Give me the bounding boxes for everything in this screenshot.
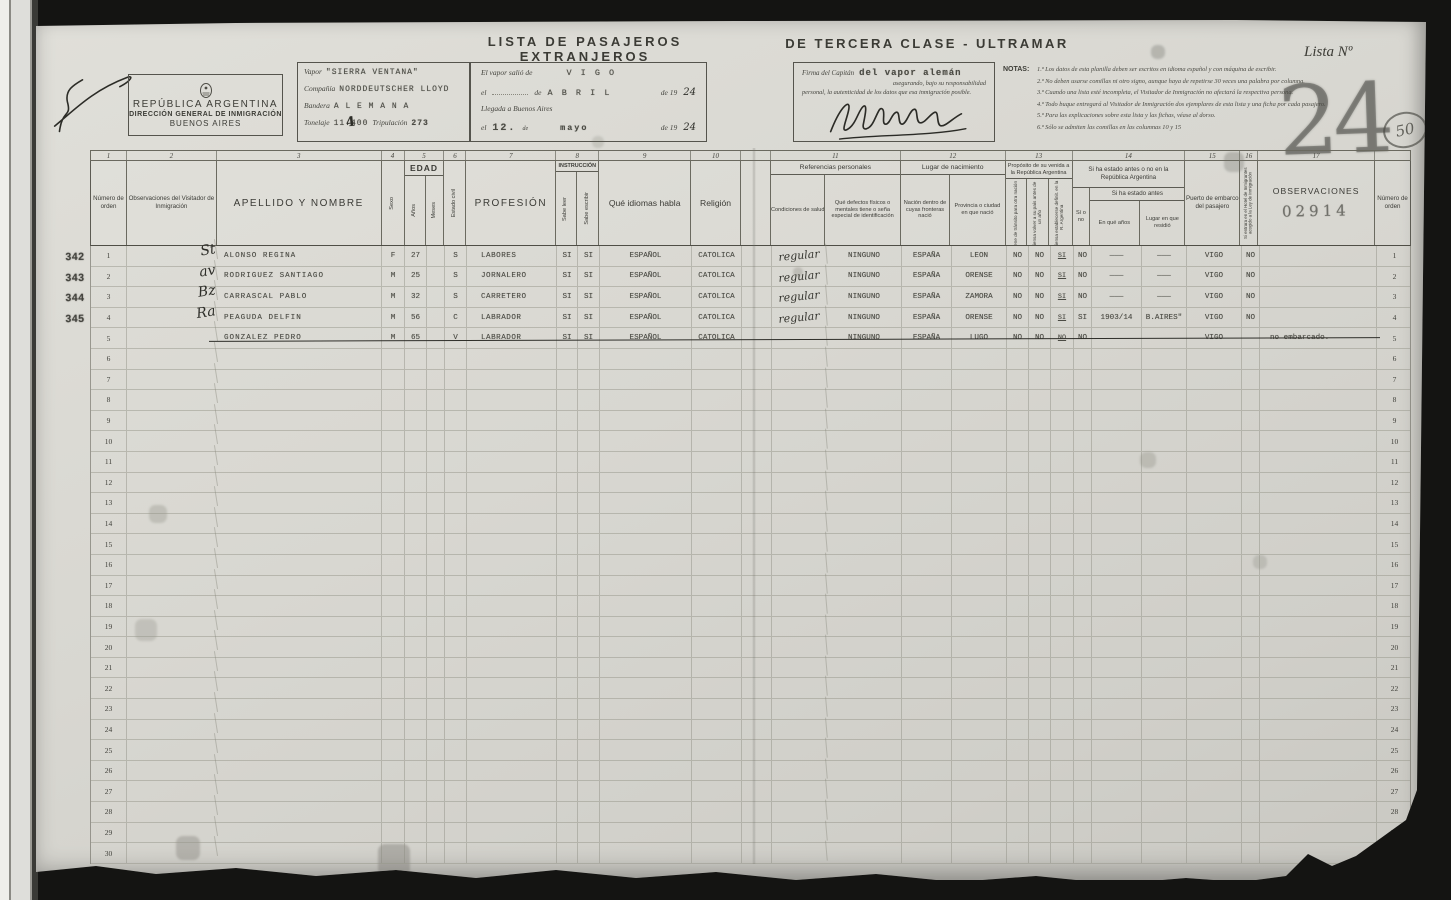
cell-hotel: [1242, 576, 1260, 596]
cell-anos: [405, 411, 427, 431]
col-number: 4: [382, 151, 405, 160]
cell-p13c: [1051, 678, 1074, 698]
cell-anos-antes: [1092, 576, 1142, 596]
cell-anos-antes: ———: [1092, 246, 1142, 266]
cell-escribe: [578, 431, 600, 451]
cell-orden-r: 27: [1377, 781, 1412, 801]
cell-escribe: [578, 452, 600, 472]
cell-sexo: [382, 678, 405, 698]
cell-lee: [557, 843, 578, 863]
cell-meses: [427, 678, 445, 698]
cell-nacion: [902, 514, 952, 534]
cell-anos: 32: [405, 287, 427, 307]
cell-anos-antes: [1092, 349, 1142, 369]
cell-provincia: [952, 720, 1007, 740]
cell-puerto: [1187, 473, 1242, 493]
cell-nacion: [902, 740, 952, 760]
cell-lugar-antes: [1142, 802, 1187, 822]
cell-crease: [742, 637, 772, 657]
cell-name: [217, 678, 382, 698]
cell-p13a: [1007, 802, 1029, 822]
cell-name: [217, 740, 382, 760]
bandera-label: Bandera: [304, 101, 330, 110]
cell-p13c: [1051, 349, 1074, 369]
cell-estado: [445, 802, 467, 822]
departure-port: V I G O: [566, 68, 616, 78]
cell-p13b: [1029, 740, 1051, 760]
cell-p13b: [1029, 555, 1051, 575]
cell-puerto: [1187, 843, 1242, 863]
header-establecerse: Si piensa establecerse definit. en la R.…: [1049, 179, 1072, 245]
cell-idiomas: [600, 431, 692, 451]
cell-p13a: [1007, 493, 1029, 513]
cell-anos: [405, 781, 427, 801]
cell-lee: [557, 720, 578, 740]
cell-meses: [427, 349, 445, 369]
cell-name: [217, 514, 382, 534]
cell-p13c: [1051, 452, 1074, 472]
cell-hotel: [1242, 534, 1260, 554]
llegada-label: Llegada a Buenos Aires: [481, 104, 552, 113]
col-number: 15: [1185, 151, 1240, 160]
cell-name: [217, 781, 382, 801]
cell-religion: [692, 514, 742, 534]
cell-hotel: [1242, 390, 1260, 410]
cell-orden-r: 8: [1377, 390, 1412, 410]
cell-sino: SI: [1074, 308, 1092, 328]
cell-defectos: [827, 637, 902, 657]
cell-sexo: [382, 637, 405, 657]
cell-idiomas: [600, 720, 692, 740]
cell-escribe: [578, 596, 600, 616]
cell-name: [217, 555, 382, 575]
cell-anos-antes: [1092, 390, 1142, 410]
cell-meses: [427, 617, 445, 637]
cell-orden-r: 24: [1377, 720, 1412, 740]
cell-orden-r: 18: [1377, 596, 1412, 616]
cell-sexo: M: [382, 308, 405, 328]
cell-p13b: [1029, 514, 1051, 534]
cell-p13c: SI: [1051, 287, 1074, 307]
tonelaje-label: Tonelaje: [304, 118, 330, 127]
table-row: 2424: [91, 720, 1410, 741]
table-row: 1313: [91, 493, 1410, 514]
year-prefix: de 19: [661, 88, 677, 97]
cell-anos: [405, 802, 427, 822]
cell-lugar-antes: [1142, 493, 1187, 513]
cell-idiomas: [600, 617, 692, 637]
cell-idiomas: [600, 678, 692, 698]
cell-p13c: [1051, 431, 1074, 451]
cell-anos-antes: 1903/14: [1092, 308, 1142, 328]
cell-anos-antes: [1092, 761, 1142, 781]
cell-obs: [1260, 514, 1377, 534]
cell-crease: [742, 390, 772, 410]
cell-estado: [445, 761, 467, 781]
cell-meses: [427, 431, 445, 451]
cell-orden: 21: [91, 658, 127, 678]
cell-profesion: [467, 637, 557, 657]
cell-obs: [1260, 287, 1377, 307]
cell-anos-antes: [1092, 843, 1142, 863]
cell-lee: SI: [557, 246, 578, 266]
cell-anos-antes: [1092, 328, 1142, 348]
cell-idiomas: [600, 555, 692, 575]
cell-anos-antes: [1092, 596, 1142, 616]
cell-hotel: NO: [1242, 246, 1260, 266]
cell-orden: 20: [91, 637, 127, 657]
table-row: 5GONZALEZ PEDROM65VLABRADORSISIESPAÑOLCA…: [91, 328, 1410, 349]
cell-sexo: [382, 370, 405, 390]
table-row: 1StALONSO REGINAF27SLABORESSISIESPAÑOLCA…: [91, 246, 1410, 267]
cell-lugar-antes: [1142, 411, 1187, 431]
header-lugar-nacimiento-group: Lugar de nacimiento Nación dentro de cuy…: [901, 161, 1006, 245]
cell-sino: [1074, 843, 1092, 863]
cell-lee: [557, 658, 578, 678]
header-apellido-nombre: APELLIDO Y NOMBRE: [217, 161, 382, 245]
cell-idiomas: [600, 802, 692, 822]
cell-religion: [692, 411, 742, 431]
cell-idiomas: [600, 390, 692, 410]
table-row: 1515: [91, 534, 1410, 555]
cell-crease: [742, 514, 772, 534]
cell-nacion: [902, 411, 952, 431]
cell-sexo: M: [382, 267, 405, 287]
cell-sexo: M: [382, 328, 405, 348]
cell-lugar-antes: [1142, 328, 1187, 348]
cell-profesion: [467, 555, 557, 575]
cell-orden: 26: [91, 761, 127, 781]
cell-crease: [742, 267, 772, 287]
col-number: 17: [1258, 151, 1375, 160]
cell-orden: 1: [91, 246, 127, 266]
cell-hotel: [1242, 431, 1260, 451]
cell-hotel: NO: [1242, 267, 1260, 287]
cell-orden: 8: [91, 390, 127, 410]
cell-meses: [427, 596, 445, 616]
cell-idiomas: [600, 473, 692, 493]
cell-lee: [557, 493, 578, 513]
cell-anos-antes: [1092, 370, 1142, 390]
cell-name: [217, 493, 382, 513]
cell-estado: [445, 843, 467, 863]
cell-p13b: [1029, 452, 1051, 472]
cell-provincia: ZAMORA: [952, 287, 1007, 307]
cell-puerto: [1187, 411, 1242, 431]
cell-lee: SI: [557, 287, 578, 307]
cell-name: GONZALEZ PEDRO: [217, 328, 382, 348]
cell-name: [217, 720, 382, 740]
cell-anos: [405, 390, 427, 410]
cell-religion: CATOLICA: [692, 308, 742, 328]
cell-hotel: [1242, 473, 1260, 493]
cell-lugar-antes: [1142, 596, 1187, 616]
observaciones-stamp-number: 02914: [1282, 201, 1350, 220]
cell-puerto: [1187, 761, 1242, 781]
cell-salud: [771, 841, 827, 865]
cell-nacion: [902, 390, 952, 410]
cell-hotel: [1242, 781, 1260, 801]
cell-p13a: [1007, 617, 1029, 637]
cell-religion: [692, 576, 742, 596]
cell-nacion: ESPAÑA: [902, 246, 952, 266]
cell-obs: [1260, 699, 1377, 719]
cell-lugar-antes: [1142, 781, 1187, 801]
cell-nacion: [902, 596, 952, 616]
cell-anos: [405, 493, 427, 513]
cell-estado: [445, 390, 467, 410]
cell-puerto: [1187, 534, 1242, 554]
cell-name: [217, 390, 382, 410]
cell-orden-r: 22: [1377, 678, 1412, 698]
cell-defectos: [827, 493, 902, 513]
cell-estado: [445, 823, 467, 843]
cell-orden: 10: [91, 431, 127, 451]
header-edad-group: EDAD Años Meses: [405, 161, 445, 245]
cell-anos-antes: ———: [1092, 287, 1142, 307]
cell-estado: [445, 699, 467, 719]
cell-anos-antes: [1092, 699, 1142, 719]
cell-orden-r: 21: [1377, 658, 1412, 678]
cell-p13a: [1007, 390, 1029, 410]
cell-obs: [1260, 617, 1377, 637]
cell-hotel: [1242, 699, 1260, 719]
cell-orden: 24: [91, 720, 127, 740]
cell-estado: [445, 493, 467, 513]
col-number: 16: [1240, 151, 1258, 160]
cell-obs: [1260, 555, 1377, 575]
cell-religion: [692, 720, 742, 740]
margin-stamp-number: 343: [58, 272, 92, 285]
cell-crease: [742, 740, 772, 760]
cell-lee: [557, 802, 578, 822]
cell-escribe: SI: [578, 308, 600, 328]
cell-orden-r: 17: [1377, 576, 1412, 596]
cell-hotel: [1242, 370, 1260, 390]
cell-escribe: [578, 617, 600, 637]
cell-hotel: [1242, 823, 1260, 843]
cell-idiomas: [600, 740, 692, 760]
day-blank: [492, 86, 528, 95]
cell-idiomas: ESPAÑOL: [600, 328, 692, 348]
cell-sino: [1074, 720, 1092, 740]
cell-p13a: [1007, 576, 1029, 596]
cell-p13b: [1029, 843, 1051, 863]
cell-sexo: F: [382, 246, 405, 266]
cell-religion: CATOLICA: [692, 287, 742, 307]
cell-religion: [692, 617, 742, 637]
cell-sexo: [382, 781, 405, 801]
cell-crease: [742, 843, 772, 863]
cell-sino: [1074, 534, 1092, 554]
cell-p13c: [1051, 555, 1074, 575]
cell-anos-antes: [1092, 473, 1142, 493]
document-title-right: DE TERCERA CLASE - ULTRAMAR: [782, 36, 1072, 51]
header-anos: Años: [405, 176, 426, 245]
cell-meses: [427, 246, 445, 266]
cell-meses: [427, 308, 445, 328]
cell-provincia: [952, 390, 1007, 410]
bandera-value: A L E M A N A: [334, 102, 409, 111]
table-row: 2121: [91, 658, 1410, 679]
cell-idiomas: [600, 761, 692, 781]
cell-obs: [1260, 637, 1377, 657]
cell-p13b: NO: [1029, 308, 1051, 328]
cell-profesion: [467, 720, 557, 740]
cell-p13b: [1029, 823, 1051, 843]
cell-profesion: JORNALERO: [467, 267, 557, 287]
cell-profesion: [467, 431, 557, 451]
cell-nacion: [902, 370, 952, 390]
col-number: 3: [217, 151, 382, 160]
cell-escribe: [578, 720, 600, 740]
cell-lee: [557, 514, 578, 534]
org-department: DIRECCIÓN GENERAL DE INMIGRACIÓN: [129, 111, 282, 118]
cell-p13a: [1007, 761, 1029, 781]
cell-orden: 15: [91, 534, 127, 554]
cell-orden: 17: [91, 576, 127, 596]
cell-crease: [742, 576, 772, 596]
cell-orden-r: 14: [1377, 514, 1412, 534]
cell-meses: [427, 843, 445, 863]
cell-orden-r: 9: [1377, 411, 1412, 431]
cell-defectos: [827, 534, 902, 554]
col-number: 7: [466, 151, 556, 160]
cell-hotel: [1242, 493, 1260, 513]
table-row: 4RaPEAGUDA DELFINM56CLABRADORSISIESPAÑOL…: [91, 308, 1410, 329]
col-number-blank: [1375, 151, 1410, 160]
document-title-left: LISTA DE PASAJEROS EXTRANJEROS: [420, 34, 750, 64]
cell-anos-antes: [1092, 802, 1142, 822]
cell-profesion: [467, 514, 557, 534]
cell-sino: [1074, 761, 1092, 781]
cell-meses: [427, 720, 445, 740]
cell-sino: [1074, 596, 1092, 616]
cell-orden-r: 2: [1377, 267, 1412, 287]
header-religion: Religión: [691, 161, 741, 245]
cell-sino: NO: [1074, 287, 1092, 307]
cell-profesion: [467, 390, 557, 410]
cell-escribe: [578, 493, 600, 513]
cell-lee: [557, 411, 578, 431]
cell-orden-r: 10: [1377, 431, 1412, 451]
cell-provincia: ORENSE: [952, 267, 1007, 287]
table-row: 2avRODRIGUEZ SANTIAGOM25SJORNALEROSISIES…: [91, 267, 1410, 288]
header-proposito-group: Propósito de su venida a la República Ar…: [1006, 161, 1073, 245]
compania-value: NORDDEUTSCHER LLOYD: [339, 85, 449, 94]
cell-provincia: [952, 802, 1007, 822]
cell-meses: [427, 411, 445, 431]
cell-anos: [405, 740, 427, 760]
cell-sexo: [382, 596, 405, 616]
cell-religion: [692, 431, 742, 451]
cell-meses: [427, 493, 445, 513]
cell-defectos: NINGUNO: [827, 287, 902, 307]
cell-sino: [1074, 699, 1092, 719]
cell-sexo: [382, 411, 405, 431]
header-sexo: Sexo: [382, 161, 405, 245]
cell-p13a: [1007, 452, 1029, 472]
cell-estado: [445, 740, 467, 760]
cell-anos: [405, 473, 427, 493]
cell-p13c: [1051, 576, 1074, 596]
cell-obs: [1260, 720, 1377, 740]
header-nacion: Nación dentro de cuyas fronteras nació: [901, 175, 950, 245]
cell-provincia: [952, 514, 1007, 534]
cell-orden-r: 11: [1377, 452, 1412, 472]
cell-lee: [557, 576, 578, 596]
cell-nacion: [902, 761, 952, 781]
cell-escribe: [578, 576, 600, 596]
cell-p13c: [1051, 637, 1074, 657]
cell-nacion: ESPAÑA: [902, 287, 952, 307]
cell-anos-antes: [1092, 452, 1142, 472]
cell-puerto: [1187, 740, 1242, 760]
cell-sino: [1074, 431, 1092, 451]
arrival-day: 12.: [492, 123, 516, 134]
cell-meses: [427, 370, 445, 390]
cell-hotel: [1242, 617, 1260, 637]
cell-orden: 14: [91, 514, 127, 534]
cell-p13b: [1029, 493, 1051, 513]
cell-puerto: [1187, 431, 1242, 451]
cell-orden-r: 7: [1377, 370, 1412, 390]
cell-name: RODRIGUEZ SANTIAGO: [217, 267, 382, 287]
cell-lee: [557, 637, 578, 657]
header-meses: Meses: [426, 176, 444, 245]
cell-p13c: [1051, 390, 1074, 410]
cell-lee: SI: [557, 328, 578, 348]
captain-signature-box: Firma del Capitán del vapor alemán asegu…: [793, 62, 995, 142]
cell-nacion: ESPAÑA: [902, 328, 952, 348]
cell-anos: [405, 370, 427, 390]
table-row: 2828: [91, 802, 1410, 823]
table-row: 2020: [91, 637, 1410, 658]
cell-sino: [1074, 802, 1092, 822]
cell-profesion: [467, 493, 557, 513]
cell-defectos: [827, 473, 902, 493]
cell-escribe: [578, 514, 600, 534]
cell-escribe: [578, 802, 600, 822]
tonelaje-handwritten-digit: 4: [345, 115, 357, 131]
cell-sexo: [382, 390, 405, 410]
cell-estado: [445, 349, 467, 369]
cell-crease: [742, 534, 772, 554]
header-observaciones-visitador: Observaciones del Visitador de Inmigraci…: [127, 161, 217, 245]
header-profesion: PROFESIÓN: [466, 161, 556, 245]
cell-hotel: [1242, 637, 1260, 657]
cell-meses: [427, 328, 445, 348]
cell-lugar-antes: B.AIRES": [1142, 308, 1187, 328]
table-row: 1010: [91, 431, 1410, 452]
margin-stamp-number: 342: [58, 251, 92, 264]
cell-estado: [445, 596, 467, 616]
cell-hotel: [1242, 740, 1260, 760]
column-number-row: 1 2 3 4 5 6 7 8 9 10 11 12 13 14 15 16 1…: [90, 150, 1411, 161]
cell-escribe: [578, 534, 600, 554]
col-number: 11: [771, 151, 901, 160]
proposito-label: Propósito de su venida a la República Ar…: [1006, 161, 1072, 179]
cell-provincia: [952, 370, 1007, 390]
cell-religion: [692, 761, 742, 781]
cell-hotel: [1242, 555, 1260, 575]
cell-puerto: [1187, 617, 1242, 637]
cell-idiomas: ESPAÑOL: [600, 246, 692, 266]
cell-religion: [692, 534, 742, 554]
cell-escribe: SI: [578, 267, 600, 287]
cell-obs: [1260, 370, 1377, 390]
margin-stamp-number: 344: [58, 292, 92, 305]
